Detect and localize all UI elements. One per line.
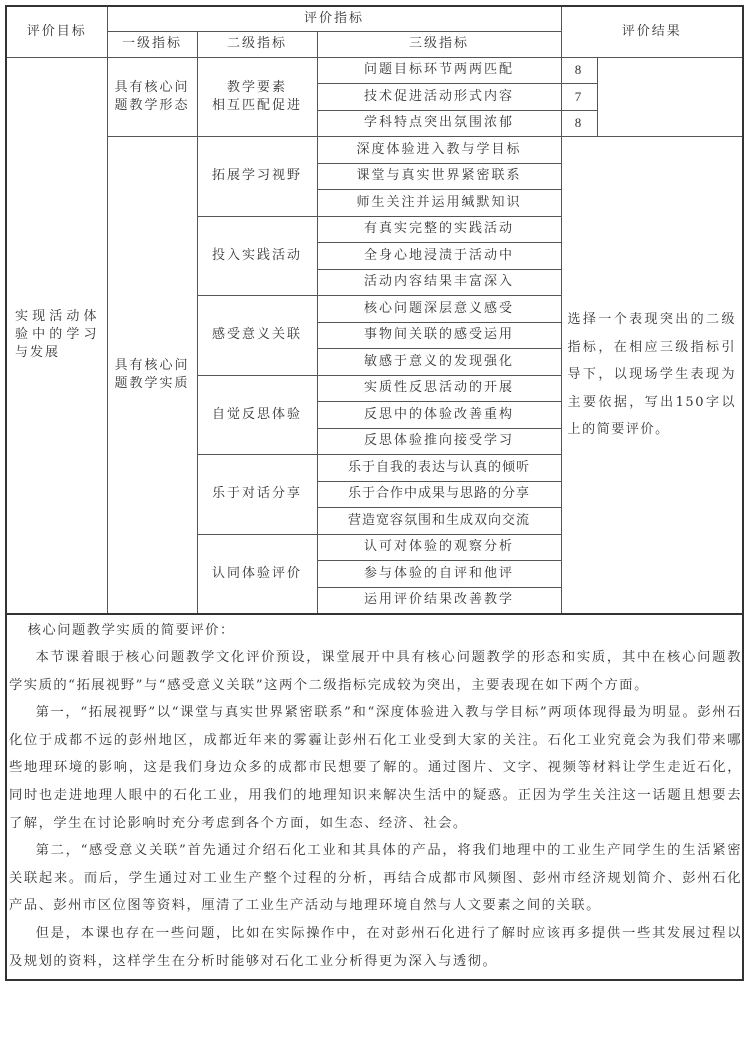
level3-item: 实质性反思活动的开展 [317, 375, 561, 402]
header-level2: 二级指标 [197, 31, 317, 57]
level2-group: 自觉反思体验 [197, 375, 317, 455]
level3-item: 运用评价结果改善教学 [317, 587, 561, 614]
level2-group: 感受意义关联 [197, 296, 317, 376]
level3-item: 课堂与真实世界紧密联系 [317, 163, 561, 190]
form-level2-line1: 教学要素 [198, 79, 317, 97]
level3-item: 乐于自我的表达与认真的倾听 [317, 455, 561, 482]
header-level1: 一级指标 [107, 31, 197, 57]
form-level2-line2: 相互匹配促进 [198, 97, 317, 115]
summary-paragraph: 第一，“拓展视野”以“课堂与真实世界紧密联系”和“深度体验进入教与学目标”两项体… [9, 699, 742, 837]
level2-group: 认同体验评价 [197, 534, 317, 614]
level3-item: 反思体验推向接受学习 [317, 428, 561, 455]
form-level2: 教学要素 相互匹配促进 [197, 57, 317, 137]
header-level3: 三级指标 [317, 31, 561, 57]
level3-item: 参与体验的自评和他评 [317, 561, 561, 588]
level3-item: 有真实完整的实践活动 [317, 216, 561, 243]
level3-item: 核心问题深层意义感受 [317, 296, 561, 323]
header-result: 评价结果 [561, 6, 743, 57]
summary-paragraph: 但是，本课也存在一些问题，比如在实际操作中，在对彭州石化进行了解时应该再多提供一… [9, 920, 742, 975]
level3-item: 事物间关联的感受运用 [317, 322, 561, 349]
level3-item: 乐于合作中成果与思路的分享 [317, 481, 561, 508]
form-result-empty [597, 57, 743, 137]
summary-paragraph: 第二，“感受意义关联”首先通过介绍石化工业和其具体的产品，将我们地理中的工业生产… [9, 837, 742, 920]
level3-item: 敏感于意义的发现强化 [317, 349, 561, 376]
summary-paragraph: 本节课着眼于核心问题教学文化评价预设，课堂展开中具有核心问题教学的形态和实质，其… [9, 644, 742, 699]
level3-item: 深度体验进入教与学目标 [317, 137, 561, 164]
level2-group: 乐于对话分享 [197, 455, 317, 535]
level3-item: 活动内容结果丰富深入 [317, 269, 561, 296]
score-cell: 7 [561, 84, 597, 111]
level3-item: 全身心地浸渍于活动中 [317, 243, 561, 270]
level3-item: 营造宽容氛围和生成双向交流 [317, 508, 561, 535]
level3-item: 师生关注并运用缄默知识 [317, 190, 561, 217]
level3-item: 认可对体验的观察分析 [317, 534, 561, 561]
evaluation-table: 评价目标 评价指标 评价结果 一级指标 二级指标 三级指标 实现活动体验中的学习… [5, 5, 744, 615]
form-level1: 具有核心问题教学形态 [107, 57, 197, 137]
header-indicators: 评价指标 [107, 6, 561, 31]
evaluation-document: 评价目标 评价指标 评价结果 一级指标 二级指标 三级指标 实现活动体验中的学习… [5, 5, 742, 981]
header-goal: 评价目标 [6, 6, 107, 57]
result-instruction: 选择一个表现突出的二级指标，在相应三级指标引导下，以现场学生表现为主要依据，写出… [561, 137, 743, 614]
level2-group: 投入实践活动 [197, 216, 317, 296]
score-cell: 8 [561, 110, 597, 137]
summary-section: 核心问题教学实质的简要评价： 本节课着眼于核心问题教学文化评价预设，课堂展开中具… [5, 615, 744, 982]
goal-cell: 实现活动体验中的学习与发展 [6, 57, 107, 614]
level3-item: 学科特点突出氛围浓郁 [317, 110, 561, 137]
essence-level1: 具有核心问题教学实质 [107, 137, 197, 614]
level3-item: 反思中的体验改善重构 [317, 402, 561, 429]
summary-title: 核心问题教学实质的简要评价： [9, 617, 742, 645]
level3-item: 问题目标环节两两匹配 [317, 57, 561, 84]
score-cell: 8 [561, 57, 597, 84]
level3-item: 技术促进活动形式内容 [317, 84, 561, 111]
level2-group: 拓展学习视野 [197, 137, 317, 217]
